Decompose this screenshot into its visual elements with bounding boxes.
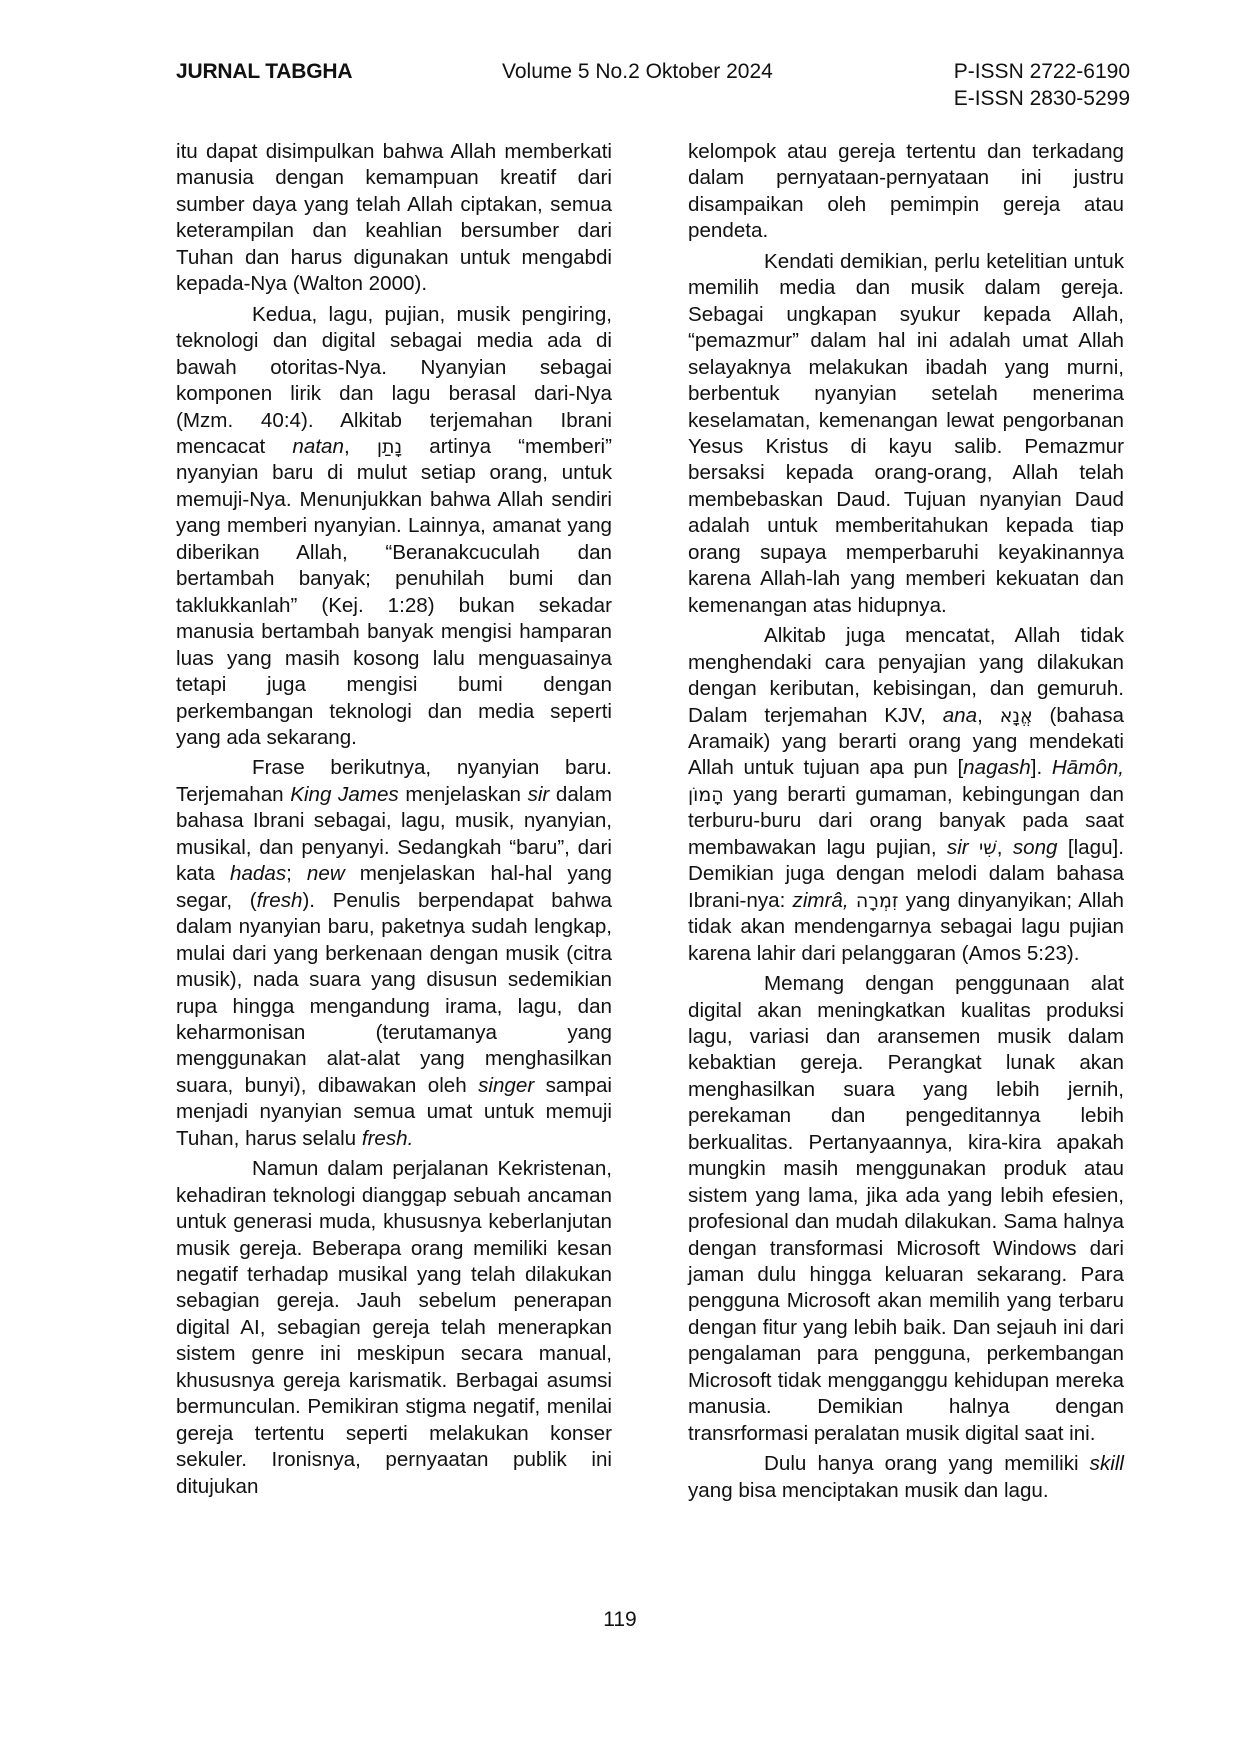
italic-term: King James bbox=[290, 783, 399, 806]
hebrew-term: שִׁי bbox=[979, 837, 997, 859]
hebrew-term: אֱנָא bbox=[1000, 705, 1033, 727]
text-run: Dulu hanya orang yang memiliki bbox=[764, 1452, 1090, 1475]
hebrew-term: הָמוֹן bbox=[688, 784, 724, 806]
text-run: yang bisa menciptakan musik dan lagu. bbox=[688, 1479, 1049, 1502]
text-run: , bbox=[997, 836, 1013, 859]
hebrew-term: זִמְרָה bbox=[856, 890, 899, 912]
italic-term: Hāmôn, bbox=[1052, 756, 1124, 779]
body-paragraph: Alkitab juga mencatat, Allah tidak mengh… bbox=[688, 623, 1124, 967]
body-paragraph: kelompok atau gereja tertentu dan terkad… bbox=[688, 139, 1124, 245]
body-paragraph: itu dapat disimpulkan bahwa Allah member… bbox=[176, 139, 612, 298]
text-run: Kendati demikian, perlu ketelitian untuk… bbox=[688, 250, 1124, 617]
p-issn: P-ISSN 2722-6190 bbox=[954, 58, 1130, 85]
body-paragraph: Memang dengan penggunaan alat digital ak… bbox=[688, 971, 1124, 1447]
body-paragraph: Kedua, lagu, pujian, musik pengiring, te… bbox=[176, 302, 612, 752]
text-run bbox=[849, 889, 856, 912]
text-run: kelompok atau gereja tertentu dan terkad… bbox=[688, 140, 1124, 242]
text-run: itu dapat disimpulkan bahwa Allah member… bbox=[176, 140, 612, 295]
text-run bbox=[969, 836, 979, 859]
italic-term: sir bbox=[947, 836, 969, 859]
body-paragraph: Namun dalam perjalanan Kekristenan, keha… bbox=[176, 1156, 612, 1500]
italic-term: hadas bbox=[230, 862, 286, 885]
body-paragraph: Frase berikutnya, nyanyian baru. Terjema… bbox=[176, 755, 612, 1152]
journal-page: JURNAL TABGHA Volume 5 No.2 Oktober 2024… bbox=[0, 0, 1240, 1754]
text-run: menjelaskan bbox=[399, 783, 528, 806]
text-run: ]. bbox=[1031, 756, 1052, 779]
italic-term: singer bbox=[478, 1074, 534, 1097]
text-run: artinya “memberi” nyanyian baru di mulut… bbox=[176, 435, 612, 749]
italic-term: nagash bbox=[963, 756, 1031, 779]
italic-term: natan bbox=[292, 435, 344, 458]
italic-term: sir bbox=[528, 783, 550, 806]
text-run: , bbox=[344, 435, 377, 458]
body-paragraph: Dulu hanya orang yang memiliki skill yan… bbox=[688, 1451, 1124, 1504]
running-header: JURNAL TABGHA Volume 5 No.2 Oktober 2024… bbox=[176, 58, 1130, 118]
text-run: ; bbox=[286, 862, 307, 885]
right-column: kelompok atau gereja tertentu dan terkad… bbox=[688, 139, 1124, 1504]
italic-term: fresh bbox=[257, 889, 303, 912]
text-run: ). Penulis berpendapat bahwa dalam nyany… bbox=[176, 889, 612, 1097]
volume-info: Volume 5 No.2 Oktober 2024 bbox=[502, 58, 773, 85]
issn-block: P-ISSN 2722-6190 E-ISSN 2830-5299 bbox=[954, 58, 1130, 112]
text-run: Namun dalam perjalanan Kekristenan, keha… bbox=[176, 1157, 612, 1497]
italic-term: zimrâ, bbox=[793, 889, 849, 912]
italic-term: song bbox=[1013, 836, 1058, 859]
italic-term: skill bbox=[1090, 1452, 1124, 1475]
journal-title: JURNAL TABGHA bbox=[176, 58, 352, 85]
italic-term: ana bbox=[943, 704, 977, 727]
body-paragraph: Kendati demikian, perlu ketelitian untuk… bbox=[688, 249, 1124, 619]
italic-term: new bbox=[307, 862, 345, 885]
text-run: Memang dengan penggunaan alat digital ak… bbox=[688, 972, 1124, 1445]
text-run: , bbox=[977, 704, 1000, 727]
page-number: 119 bbox=[0, 1608, 1240, 1632]
italic-term: fresh. bbox=[362, 1127, 414, 1150]
hebrew-term: נָתַן bbox=[377, 436, 402, 458]
e-issn: E-ISSN 2830-5299 bbox=[954, 85, 1130, 112]
left-column: itu dapat disimpulkan bahwa Allah member… bbox=[176, 139, 612, 1500]
